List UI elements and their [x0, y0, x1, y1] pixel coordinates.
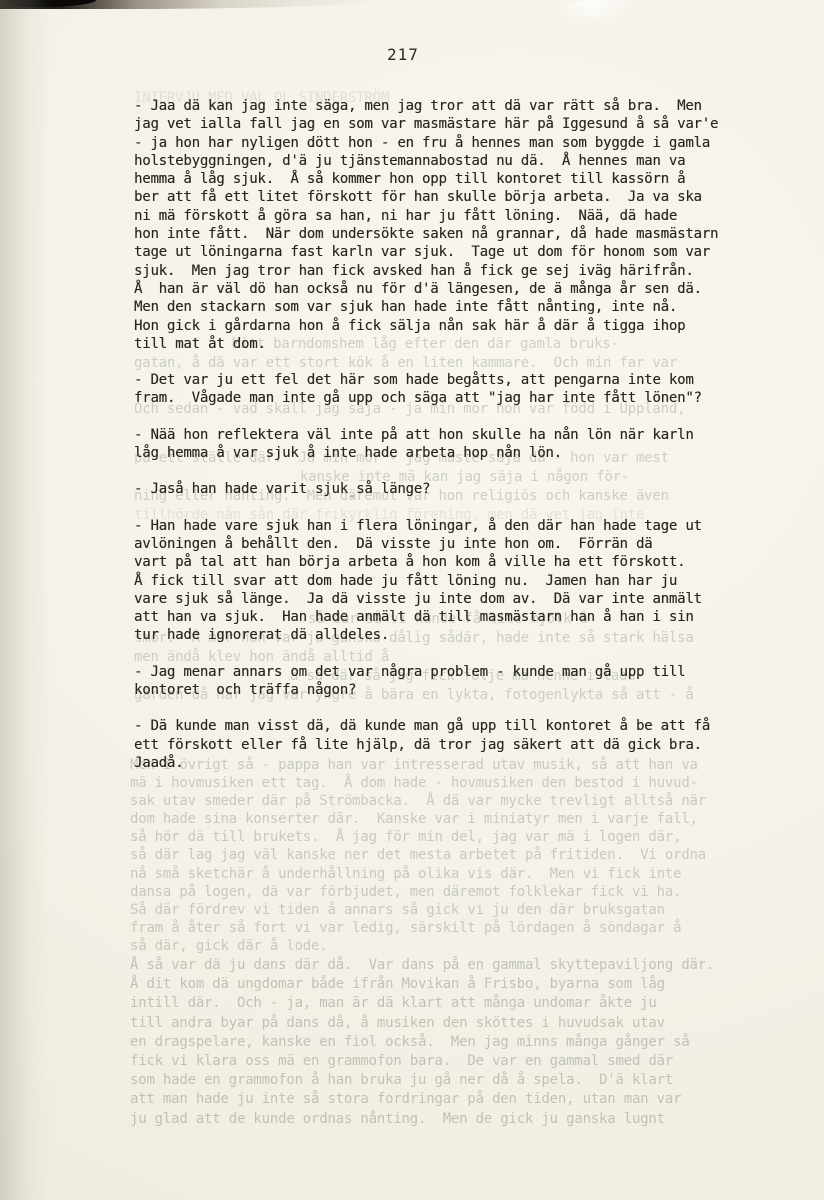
transcript-paragraph-6: - Jag menar annars om det var några prob… — [134, 663, 724, 700]
transcript-paragraph-3: - Nää hon reflektera väl inte på att hon… — [134, 426, 724, 463]
scan-page: { "page": { "number": "217", "paper_colo… — [0, 0, 824, 1200]
transcript: - Jaa dä kan jag inte säga, men jag tror… — [134, 97, 724, 790]
transcript-paragraph-1: - Jaa dä kan jag inte säga, men jag tror… — [134, 97, 724, 353]
transcript-paragraph-2: - Det var ju ett fel det här som hade be… — [134, 371, 724, 408]
stray-pen-mark: ˇ — [349, 494, 356, 507]
scanned-document-page: 217 INTERVJU MED VAL OL SINDERSTRÖM Mitt… — [0, 0, 824, 1200]
transcript-paragraph-4: - Jaså han hade varit sjuk så länge? — [134, 480, 724, 498]
transcript-paragraph-7: - Dä kunde man visst dä, dä kunde man gå… — [134, 717, 724, 772]
transcript-paragraph-5: - Han hade vare sjuk han i flera löninga… — [134, 517, 724, 645]
ghost-paragraph-dance: Å så var dä ju dans där då. Var dans på … — [130, 956, 730, 1129]
